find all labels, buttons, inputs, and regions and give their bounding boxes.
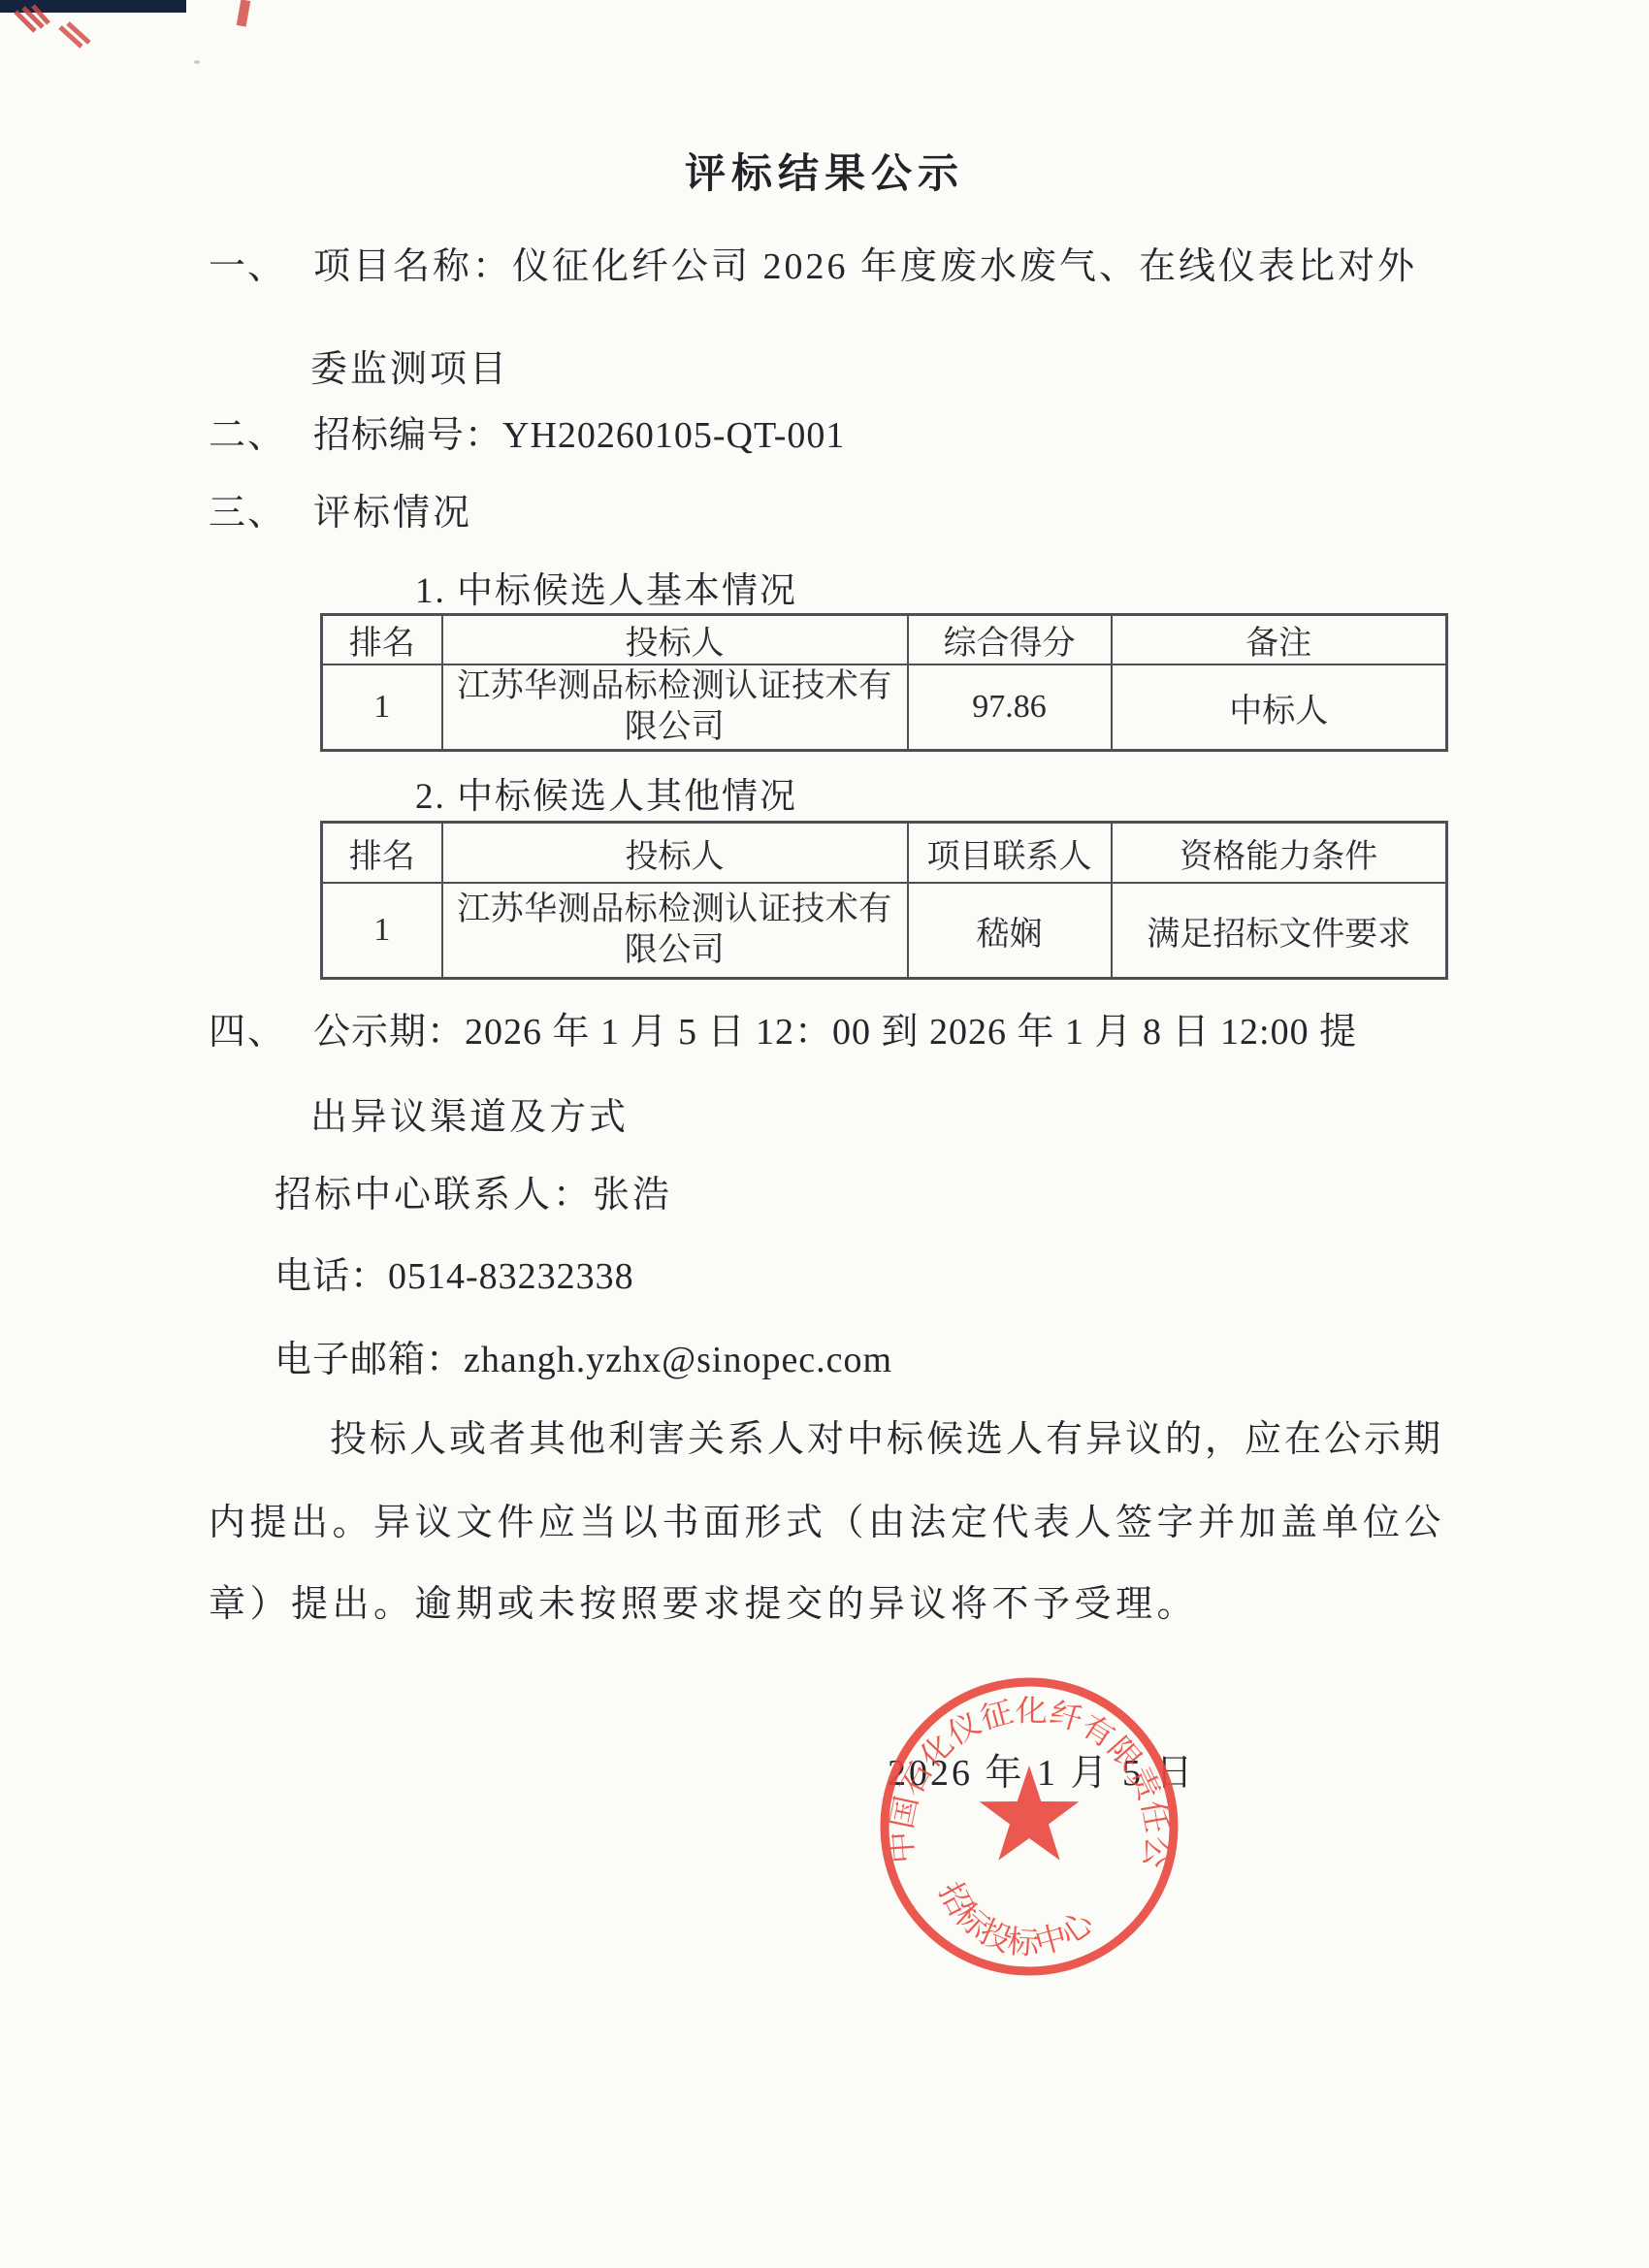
subsection-2-title: 2. 中标候选人其他情况 bbox=[415, 766, 797, 819]
section-4-line-2: 出异议渠道及方式 bbox=[310, 1086, 629, 1140]
cell-score: 97.86 bbox=[908, 664, 1112, 751]
scan-artifact-red-streak bbox=[237, 0, 251, 27]
email-line: 电子邮箱：zhangh.yzhx@sinopec.com bbox=[275, 1329, 892, 1382]
section-3-text: 评标情况 bbox=[313, 493, 472, 534]
section-3-line: 三、评标情况 bbox=[209, 482, 472, 535]
table-header-row: 排名 投标人 项目联系人 资格能力条件 bbox=[322, 823, 1447, 884]
header-score: 综合得分 bbox=[908, 615, 1112, 665]
table-header-row: 排名 投标人 综合得分 备注 bbox=[322, 615, 1447, 665]
winning-candidate-basic-table: 排名 投标人 综合得分 备注 1 江苏华测品标检测认证技术有限公司 97.86 … bbox=[320, 613, 1448, 752]
cell-project-contact: 嵇娴 bbox=[908, 883, 1112, 979]
scan-artifact-red-scribble bbox=[10, 2, 136, 62]
table-row: 1 江苏华测品标检测认证技术有限公司 嵇娴 满足招标文件要求 bbox=[322, 883, 1447, 979]
section-4-line-1: 四、公示期：2026 年 1 月 5 日 12：00 到 2026 年 1 月 … bbox=[209, 1001, 1357, 1054]
cell-remark: 中标人 bbox=[1112, 664, 1447, 751]
scan-artifact-speck bbox=[194, 60, 200, 64]
stamp-star-icon bbox=[980, 1766, 1080, 1861]
notice-line-2: 内提出。异议文件应当以书面形式（由法定代表人签字并加盖单位公 bbox=[209, 1492, 1445, 1545]
page-title: 评标结果公示 bbox=[685, 142, 964, 200]
stamp-seal-graphic: 中国石化仪征化纤有限责任公司 招标投标中心 bbox=[871, 1663, 1187, 1991]
cell-rank: 1 bbox=[322, 664, 442, 751]
section-4-number: 四、 bbox=[209, 1001, 286, 1054]
header-rank: 排名 bbox=[322, 823, 442, 884]
scanned-document-page: 评标结果公示 一、项目名称：仪征化纤公司 2026 年度废水废气、在线仪表比对外… bbox=[0, 0, 1649, 2268]
official-stamp: 中国石化仪征化纤有限责任公司 招标投标中心 bbox=[871, 1663, 1187, 1995]
section-2-line: 二、招标编号：YH20260105-QT-001 bbox=[209, 405, 845, 458]
cell-bidder: 江苏华测品标检测认证技术有限公司 bbox=[442, 664, 908, 751]
section-2-number: 二、 bbox=[209, 405, 286, 458]
section-3-number: 三、 bbox=[209, 482, 286, 535]
cell-qualification: 满足招标文件要求 bbox=[1112, 883, 1447, 979]
tender-center-contact-line: 招标中心联系人：张浩 bbox=[275, 1164, 672, 1217]
section-1-text: 项目名称：仪征化纤公司 2026 年度废水废气、在线仪表比对外 bbox=[313, 246, 1417, 287]
section-4-text: 公示期：2026 年 1 月 5 日 12：00 到 2026 年 1 月 8 … bbox=[313, 1012, 1357, 1053]
header-bidder: 投标人 bbox=[442, 615, 908, 665]
header-project-contact: 项目联系人 bbox=[908, 823, 1112, 884]
header-bidder: 投标人 bbox=[442, 823, 908, 884]
section-1-line-1: 一、项目名称：仪征化纤公司 2026 年度废水废气、在线仪表比对外 bbox=[209, 236, 1417, 289]
cell-bidder: 江苏华测品标检测认证技术有限公司 bbox=[442, 883, 908, 979]
header-remark: 备注 bbox=[1112, 615, 1447, 665]
notice-line-1: 投标人或者其他利害关系人对中标候选人有异议的，应在公示期 bbox=[330, 1409, 1443, 1462]
section-1-number: 一、 bbox=[209, 236, 286, 289]
header-qualification: 资格能力条件 bbox=[1112, 823, 1447, 884]
cell-rank: 1 bbox=[322, 883, 442, 979]
phone-line: 电话：0514-83232338 bbox=[275, 1246, 634, 1299]
notice-line-3: 章）提出。逾期或未按照要求提交的异议将不予受理。 bbox=[209, 1573, 1198, 1627]
table-row: 1 江苏华测品标检测认证技术有限公司 97.86 中标人 bbox=[322, 664, 1447, 751]
winning-candidate-other-table: 排名 投标人 项目联系人 资格能力条件 1 江苏华测品标检测认证技术有限公司 嵇… bbox=[320, 821, 1448, 980]
header-rank: 排名 bbox=[322, 615, 442, 665]
section-1-line-2: 委监测项目 bbox=[310, 339, 509, 392]
section-2-text: 招标编号：YH20260105-QT-001 bbox=[313, 415, 845, 456]
subsection-1-title: 1. 中标候选人基本情况 bbox=[415, 561, 797, 613]
